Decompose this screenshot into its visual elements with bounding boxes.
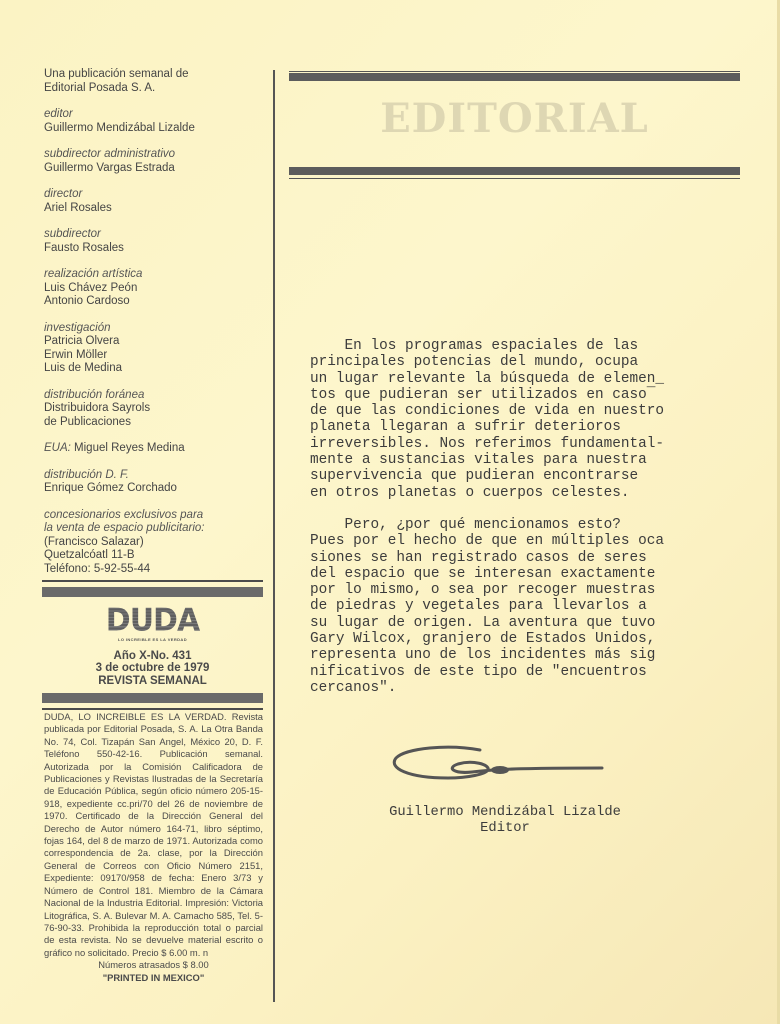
legal-body: DUDA, LO INCREIBLE ES LA VERDAD. Revista… bbox=[44, 711, 263, 958]
credit-name: Luis Chávez Peón bbox=[44, 282, 266, 296]
masthead-column: Una publicación semanal deEditorial Posa… bbox=[44, 68, 266, 589]
credit-entry: editorGuillermo Mendizábal Lizalde bbox=[44, 108, 266, 135]
credit-role: editor bbox=[44, 108, 266, 122]
duda-logo: DUDA bbox=[42, 606, 263, 635]
publisher-intro: Una publicación semanal deEditorial Posa… bbox=[44, 68, 266, 95]
credit-entry: investigaciónPatricia OlveraErwin Möller… bbox=[44, 322, 266, 376]
divider-bar bbox=[42, 693, 263, 703]
credit-entry: realización artísticaLuis Chávez PeónAnt… bbox=[44, 268, 266, 309]
editorial-line: un lugar relevante la búsqueda de elemen… bbox=[310, 371, 720, 387]
editorial-line: de piedras y vegetales para llevarlos a bbox=[310, 598, 720, 614]
credit-name: de Publicaciones bbox=[44, 416, 266, 430]
credit-name: Guillermo Mendizábal Lizalde bbox=[44, 122, 266, 136]
editorial-paragraph: Pero, ¿por qué mencionamos esto?Pues por… bbox=[310, 517, 720, 696]
printed-in-mexico: "PRINTED IN MEXICO" bbox=[44, 972, 263, 984]
publisher-line: Editorial Posada S. A. bbox=[44, 82, 266, 96]
credit-entry: EUA: Miguel Reyes Medina bbox=[44, 442, 266, 456]
editorial-line: principales potencias del mundo, ocupa bbox=[310, 354, 720, 370]
editorial-line: por lo mismo, o sea por recoger muestras bbox=[310, 582, 720, 598]
editorial-line: representa uno de los incidentes más sig bbox=[310, 647, 720, 663]
credit-name: Teléfono: 5-92-55-44 bbox=[44, 563, 266, 577]
signature-name: Guillermo Mendizábal Lizalde bbox=[340, 805, 670, 821]
credit-entry: subdirector administrativoGuillermo Varg… bbox=[44, 148, 266, 175]
credit-role: realización artística bbox=[44, 268, 266, 282]
credit-name: Enrique Gómez Corchado bbox=[44, 482, 266, 496]
editorial-line: Pero, ¿por qué mencionamos esto? bbox=[310, 517, 720, 533]
credit-name: (Francisco Salazar) bbox=[44, 536, 266, 550]
credit-role: la venta de espacio publicitario: bbox=[44, 522, 266, 536]
editorial-line: planeta llegaran a sufrir deterioros bbox=[310, 419, 720, 435]
credit-name: Guillermo Vargas Estrada bbox=[44, 162, 266, 176]
credit-entry: subdirectorFausto Rosales bbox=[44, 228, 266, 255]
editorial-body: En los programas espaciales de lasprinci… bbox=[310, 338, 720, 696]
header-rule bbox=[289, 71, 740, 72]
editorial-line: irreversibles. Nos referimos fundamental… bbox=[310, 436, 720, 452]
legal-notice: DUDA, LO INCREIBLE ES LA VERDAD. Revista… bbox=[44, 711, 263, 984]
credit-entry: directorAriel Rosales bbox=[44, 188, 266, 215]
editorial-line: en otros planetas o cuerpos celestes. bbox=[310, 485, 720, 501]
editorial-line: siones se han registrado casos de seres bbox=[310, 550, 720, 566]
credit-entry: distribución foráneaDistribuidora Sayrol… bbox=[44, 389, 266, 430]
editorial-line: Gary Wilcox, granjero de Estados Unidos, bbox=[310, 631, 720, 647]
editorial-line: del espacio que se interesan exactamente bbox=[310, 566, 720, 582]
credit-role: director bbox=[44, 188, 266, 202]
credit-name: Antonio Cardoso bbox=[44, 295, 266, 309]
credit-role: distribución foránea bbox=[44, 389, 266, 403]
credit-entry: concesionarios exclusivos parala venta d… bbox=[44, 509, 266, 577]
editorial-line: de que las condiciones de vida en nuestr… bbox=[310, 403, 720, 419]
editorial-header: EDITORIAL bbox=[289, 71, 740, 179]
credit-name: Quetzalcóatl 11-B bbox=[44, 549, 266, 563]
credit-role: subdirector administrativo bbox=[44, 148, 266, 162]
credit-entry: distribución D. F.Enrique Gómez Corchado bbox=[44, 469, 266, 496]
credit-role: subdirector bbox=[44, 228, 266, 242]
credit-role: EUA: bbox=[44, 442, 71, 454]
editorial-line: tos que pudieran ser utilizados en caso¯ bbox=[310, 387, 720, 403]
credit-role: distribución D. F. bbox=[44, 469, 266, 483]
publication-info-block: DUDA LO INCREIBLE ES LA VERDAD Año X-No.… bbox=[42, 580, 263, 710]
back-issues-price: Números atrasados $ 8.00 bbox=[44, 959, 263, 971]
credit-name: Distribuidora Sayrols bbox=[44, 402, 266, 416]
credit-name: Miguel Reyes Medina bbox=[74, 442, 185, 454]
publisher-line: Una publicación semanal de bbox=[44, 68, 266, 82]
signature-block: Guillermo Mendizábal Lizalde Editor bbox=[340, 805, 670, 837]
editorial-line: supervivencia que pudieran encontrarse bbox=[310, 468, 720, 484]
credit-name: Fausto Rosales bbox=[44, 242, 266, 256]
column-divider bbox=[273, 70, 275, 1002]
editorial-line: En los programas espaciales de las bbox=[310, 338, 720, 354]
divider-rule bbox=[42, 708, 263, 710]
credit-name: Patricia Olvera bbox=[44, 335, 266, 349]
header-bar bbox=[289, 73, 740, 81]
issue-number: Año X-No. 431 bbox=[42, 650, 263, 663]
magazine-page: Una publicación semanal deEditorial Posa… bbox=[0, 0, 780, 1024]
editorial-title: EDITORIAL bbox=[289, 95, 740, 143]
editorial-line: Pues por el hecho de que en múltiples oc… bbox=[310, 533, 720, 549]
signature-title: Editor bbox=[340, 821, 670, 837]
issue-date: 3 de octubre de 1979 bbox=[42, 662, 263, 675]
divider-bar bbox=[42, 587, 263, 597]
editorial-line: nificativos de este tipo de "encuentros bbox=[310, 664, 720, 680]
credit-role: investigación bbox=[44, 322, 266, 336]
credit-name: Luis de Medina bbox=[44, 362, 266, 376]
divider-rule bbox=[42, 580, 263, 582]
credit-role: concesionarios exclusivos para bbox=[44, 509, 266, 523]
issue-frequency: REVISTA SEMANAL bbox=[42, 675, 263, 688]
editorial-line: su lugar de origen. La aventura que tuvo bbox=[310, 615, 720, 631]
signature-icon bbox=[388, 744, 608, 784]
editorial-paragraph: En los programas espaciales de lasprinci… bbox=[310, 338, 720, 501]
editorial-line: cercanos". bbox=[310, 680, 720, 696]
editorial-line: mente a sustancias vitales para nuestra bbox=[310, 452, 720, 468]
credit-name: Ariel Rosales bbox=[44, 202, 266, 216]
header-bar bbox=[289, 167, 740, 175]
issue-info: Año X-No. 431 3 de octubre de 1979 REVIS… bbox=[42, 650, 263, 688]
credit-name: Erwin Möller bbox=[44, 349, 266, 363]
header-rule bbox=[289, 178, 740, 179]
